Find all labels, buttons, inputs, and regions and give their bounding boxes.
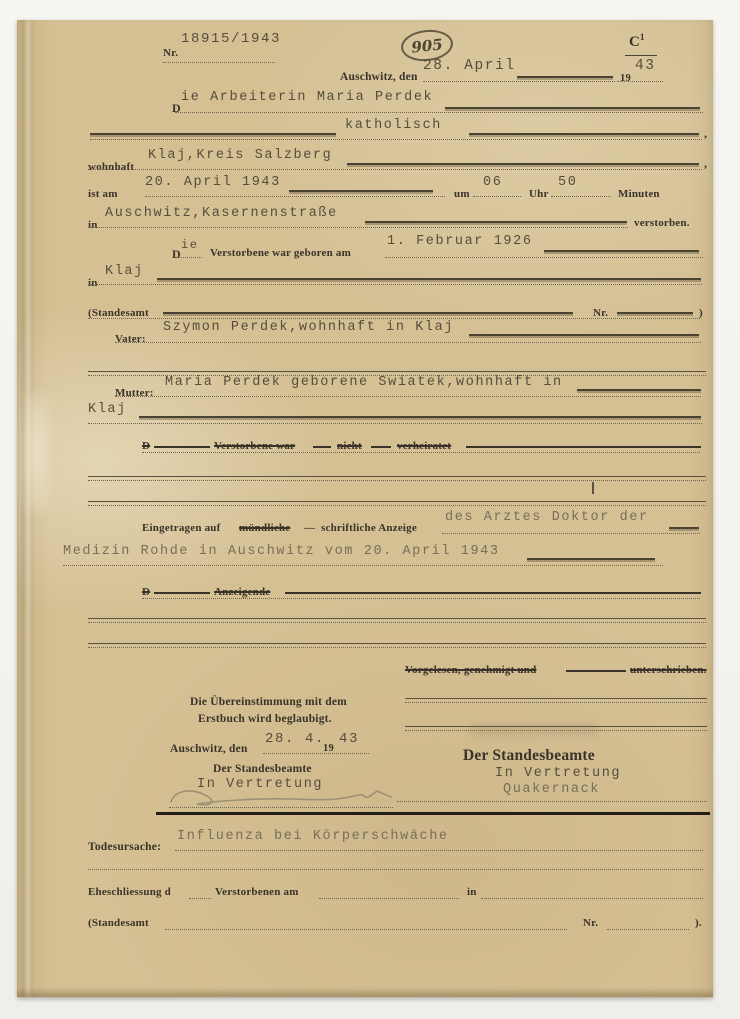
form-line [175, 112, 703, 113]
marital-nicht: nicht [337, 440, 362, 452]
residence-label: wohnhaft [88, 161, 134, 173]
form-line [88, 869, 703, 870]
read-approved-label: Vorgelesen, genehmigt und [405, 664, 536, 676]
form-code: C1 [629, 32, 645, 51]
form-line [423, 81, 615, 82]
anzeigende-d: D [142, 586, 150, 598]
certify-place-label: Auschwitz, den [170, 743, 248, 755]
form-line [263, 753, 369, 754]
typed-line [163, 312, 573, 314]
signature-line-right [397, 801, 707, 802]
form-line [405, 726, 707, 731]
form-line [142, 452, 700, 453]
typed-line [669, 527, 699, 529]
typed-line [469, 334, 699, 336]
form-line [172, 257, 202, 258]
cause-label: Todesursache: [88, 841, 161, 853]
form-line [88, 318, 700, 319]
in-label: in [88, 277, 98, 289]
typed-line [365, 221, 627, 223]
minutes-label: Minuten [618, 188, 660, 200]
punctuation-comma: , [704, 126, 707, 141]
marital-d: D [142, 440, 150, 452]
punctuation-comma: , [704, 156, 707, 171]
form-code-superscript: 1 [640, 32, 645, 42]
death-hour: 06 [483, 175, 502, 190]
form-line [163, 62, 275, 63]
birth-date: 1. Februar 1926 [387, 234, 533, 249]
registrar-title-right: Der Standesbeamte [463, 747, 595, 765]
signature-line-left [169, 807, 393, 808]
form-line [481, 898, 703, 899]
form-line [551, 196, 611, 197]
registry2-close: ). [695, 917, 702, 929]
cause-value: Influenza bei Körperschwäche [177, 829, 449, 844]
typed-line [469, 133, 699, 135]
form-line [189, 898, 211, 899]
strike-fill [313, 446, 331, 448]
place-date-label: Auschwitz, den [340, 71, 418, 83]
form-line [145, 196, 445, 197]
typed-suffix-ie: ie [181, 238, 199, 252]
oral-option-struck: mündliche [239, 522, 290, 534]
form-code-letter: C [629, 34, 640, 50]
certify-year: 43 [339, 731, 359, 747]
entered-label: Eingetragen auf [142, 522, 220, 534]
form-line [607, 929, 689, 930]
certify-line1: Die Übereinstimmung mit dem [190, 696, 347, 708]
section-divider [156, 812, 710, 815]
certificate-year: 43 [635, 58, 656, 74]
uhr-label: Uhr [529, 188, 549, 200]
marital-text1: Verstorbene war [214, 440, 295, 452]
residence-value: Klaj,Kreis Salzberg [148, 148, 332, 163]
form-line [115, 342, 701, 343]
typed-line [527, 558, 655, 560]
strike-fill [566, 670, 626, 672]
typed-line [289, 190, 433, 192]
typed-line [617, 312, 693, 314]
reporter-line1: des Arztes Doktor der [445, 510, 649, 525]
signed-label: unterschrieben. [630, 664, 707, 676]
written-notice-label: schriftliche Anzeige [321, 522, 417, 534]
form-line [88, 476, 706, 481]
form-line [165, 929, 567, 930]
stamp-number: 905 [410, 35, 443, 56]
mother-value-continued: Klaj [88, 402, 127, 417]
form-line [385, 257, 703, 258]
form-line [90, 139, 702, 140]
death-date: 20. April 1943 [145, 175, 281, 190]
paper-wear-patch [21, 392, 51, 512]
typed-line [577, 389, 701, 391]
record-number-value: 18915/1943 [181, 31, 281, 47]
typed-line [139, 416, 701, 418]
article-d: D [172, 247, 181, 262]
form-line [88, 284, 702, 285]
typed-line [90, 133, 336, 135]
strike-fill [371, 446, 391, 448]
reporter-line2: Medizin Rohde in Auschwitz vom 20. April… [63, 544, 500, 559]
father-value: Szymon Perdek,wohnhaft in Klaj [163, 320, 454, 335]
died-on-label: ist am [88, 188, 118, 200]
stray-mark [592, 482, 594, 494]
typed-line [517, 76, 613, 78]
form-line [115, 396, 701, 397]
certify-date: 28. 4. [265, 731, 325, 747]
year-prefix: 19 [620, 73, 631, 84]
registry2-nr-label: Nr. [583, 917, 598, 929]
marriage-label2: Verstorbenen am [215, 886, 299, 898]
certificate-page: Nr. 18915/1943 905 C1 Auschwitz, den 28.… [17, 20, 713, 997]
registry2-label: (Standesamt [88, 917, 149, 929]
form-line [88, 618, 706, 623]
form-line [88, 643, 706, 648]
strike-fill [154, 446, 210, 448]
religion: katholisch [345, 118, 442, 133]
in-vertretung-right: In Vertretung [495, 766, 621, 781]
marital-text2: verheiratet [397, 440, 451, 452]
mother-value: Maria Perdek geborene Swiatek,wohnhaft i… [165, 375, 563, 390]
form-line [88, 169, 702, 170]
typed-line [544, 250, 699, 252]
death-place: Auschwitz,Kasernenstraße [105, 206, 338, 221]
article-d: D [172, 101, 181, 116]
typed-line [347, 163, 699, 165]
record-number-label: Nr. [163, 47, 178, 59]
strike-fill [466, 446, 701, 448]
father-label: Vater: [115, 333, 146, 345]
marriage-in-label: in [467, 886, 477, 898]
born-label: Verstorbene war geboren am [210, 247, 351, 259]
strike-fill [154, 592, 210, 594]
form-line [88, 227, 628, 228]
form-line [625, 55, 657, 56]
form-line [442, 533, 700, 534]
form-line [617, 81, 663, 82]
form-line [405, 698, 707, 703]
died-label: verstorben. [634, 217, 690, 229]
anzeigende-label: Anzeigende [214, 586, 270, 598]
typed-line [445, 107, 700, 109]
registrar-signature-name: Quakernack [503, 782, 600, 797]
death-minute: 50 [558, 175, 577, 190]
certificate-date: 28. April [423, 58, 516, 74]
registrar-title-left: Der Standesbeamte [213, 763, 312, 775]
mother-label: Mutter: [115, 387, 154, 399]
deceased-name: ie Arbeiterin Maria Perdek [181, 90, 433, 105]
form-line [63, 565, 663, 566]
form-line [88, 423, 702, 424]
form-line [142, 598, 700, 599]
form-line [473, 196, 521, 197]
in-label: in [88, 219, 98, 231]
marriage-label1: Eheschliessung d [88, 886, 171, 898]
form-line [88, 501, 706, 506]
birth-place: Klaj [105, 264, 144, 279]
form-line [175, 850, 703, 851]
um-label: um [454, 188, 470, 200]
certify-line2: Erstbuch wird beglaubigt. [198, 713, 332, 725]
option-dash: — [304, 522, 315, 534]
strike-fill [285, 592, 701, 594]
typed-line [157, 278, 701, 280]
form-line [319, 898, 459, 899]
